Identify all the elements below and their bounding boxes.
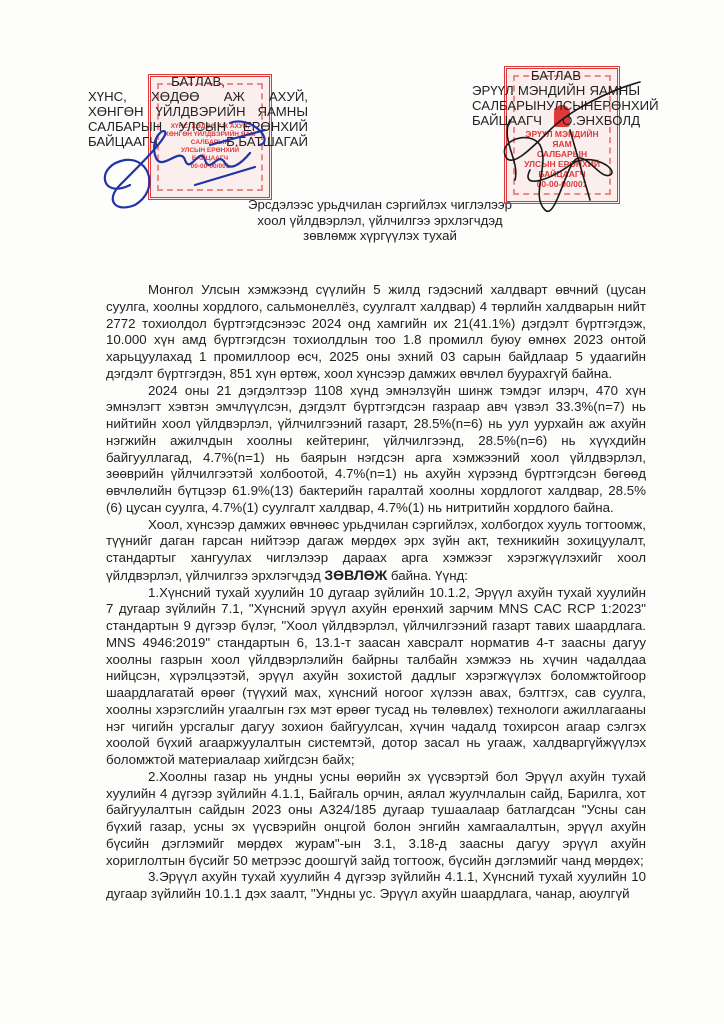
approval-line: ХӨНГӨН ҮЙЛДВЭРИЙН ЯАМНЫ <box>88 104 308 119</box>
approval-line: САЛБАРЫН УЛСЫН ЕРӨНХИЙ <box>472 98 640 113</box>
signatory-name: Б.БАТШАГАЙ <box>226 134 308 149</box>
word: БАЙЦААГЧ <box>472 113 542 128</box>
title-line: хоол үйлдвэрлэл, үйлчилгээ эрхлэгчдэд <box>230 213 530 229</box>
approval-block-left: БАТЛАВ, ХҮНС, ХӨДӨӨ АЖ АХУЙ, ХӨНГӨН ҮЙЛД… <box>88 74 308 149</box>
word: САЛБАРЫН <box>88 119 162 134</box>
approval-line: ХҮНС, ХӨДӨӨ АЖ АХУЙ, <box>88 89 308 104</box>
stamp-line: БАЙЦААГЧ <box>161 155 259 163</box>
text: байна. Үүнд: <box>387 568 468 583</box>
word: ХҮНС, <box>88 89 127 104</box>
word: АЖ <box>224 89 245 104</box>
paragraph-statistics: 2024 оны 21 дэгдэлтээр 1108 хүнд эмнэлзү… <box>106 383 646 517</box>
paragraph-intro: Монгол Улсын хэмжээнд сүүлийн 5 жилд гэд… <box>106 282 646 383</box>
word: ЯАМНЫ <box>257 104 308 119</box>
stamp-line: ЭРҮҮЛ МЭНДИЙН ЯАМ <box>517 129 607 149</box>
word: УЛСЫН <box>179 119 226 134</box>
emphasis-text: ЗӨВЛӨЖ <box>324 567 387 583</box>
word: ЕРӨНХИЙ <box>593 98 658 113</box>
document-body: Монгол Улсын хэмжээнд сүүлийн 5 жилд гэд… <box>106 282 646 903</box>
title-line: зөвлөмж хүргүүлэх тухай <box>230 228 530 244</box>
paragraph-item-1: 1.Хүнсний тухай хуулийн 10 дугаар зүйлий… <box>106 585 646 769</box>
stamp-line: УЛСЫН ЕРӨНХИЙ <box>517 159 607 169</box>
stamp-line: 00-00-00/001 <box>517 179 607 189</box>
word: УЛСЫН <box>546 98 593 113</box>
paragraph-recommendation: Хоол, хүнсээр дамжих өвчнөөс урьдчилан с… <box>106 517 646 585</box>
word: АХУЙ, <box>269 89 308 104</box>
document-title: Эрсдэлээс урьдчилан сэргийлэх чиглэлээр … <box>230 197 530 244</box>
word: ХӨДӨӨ <box>151 89 200 104</box>
word: ЭРҮҮЛ <box>472 83 514 98</box>
approval-label: БАТЛАВ, <box>88 74 308 89</box>
stamp-line: БАЙЦААГЧ <box>517 169 607 179</box>
approval-label: БАТЛАВ <box>472 68 640 83</box>
paragraph-item-2: 2.Хоолны газар нь ундны усны өөрийн эх ү… <box>106 769 646 870</box>
approval-line: БАЙЦААГЧ О.ЭНХБОЛД <box>472 113 640 128</box>
document-page: ХҮНС, ХӨДӨӨ АЖ АХУЙ, ХӨНГӨН ҮЙЛДВЭРИЙН Я… <box>0 0 724 1024</box>
word: ХӨНГӨН <box>88 104 144 119</box>
stamp-line: 00-00-00/001 <box>161 163 259 171</box>
approval-line: ЭРҮҮЛ МЭНДИЙН ЯАМНЫ <box>472 83 640 98</box>
word: ЯАМНЫ <box>589 83 640 98</box>
paragraph-item-3: 3.Эрүүл ахуйн тухай хуулийн 4 дүгээр зүй… <box>106 869 646 903</box>
approval-line: БАЙЦААГЧ Б.БАТШАГАЙ <box>88 134 308 149</box>
stamp-line: САЛБАРЫН <box>517 149 607 159</box>
signatory-name: О.ЭНХБОЛД <box>562 113 640 128</box>
approval-block-right: БАТЛАВ ЭРҮҮЛ МЭНДИЙН ЯАМНЫ САЛБАРЫН УЛСЫ… <box>472 68 640 128</box>
word: САЛБАРЫН <box>472 98 546 113</box>
word: ЕРӨНХИЙ <box>243 119 308 134</box>
approval-line: САЛБАРЫН УЛСЫН ЕРӨНХИЙ <box>88 119 308 134</box>
word: БАЙЦААГЧ <box>88 134 158 149</box>
word: МЭНДИЙН <box>518 83 585 98</box>
word: ҮЙЛДВЭРИЙН <box>156 104 246 119</box>
title-line: Эрсдэлээс урьдчилан сэргийлэх чиглэлээр <box>230 197 530 213</box>
